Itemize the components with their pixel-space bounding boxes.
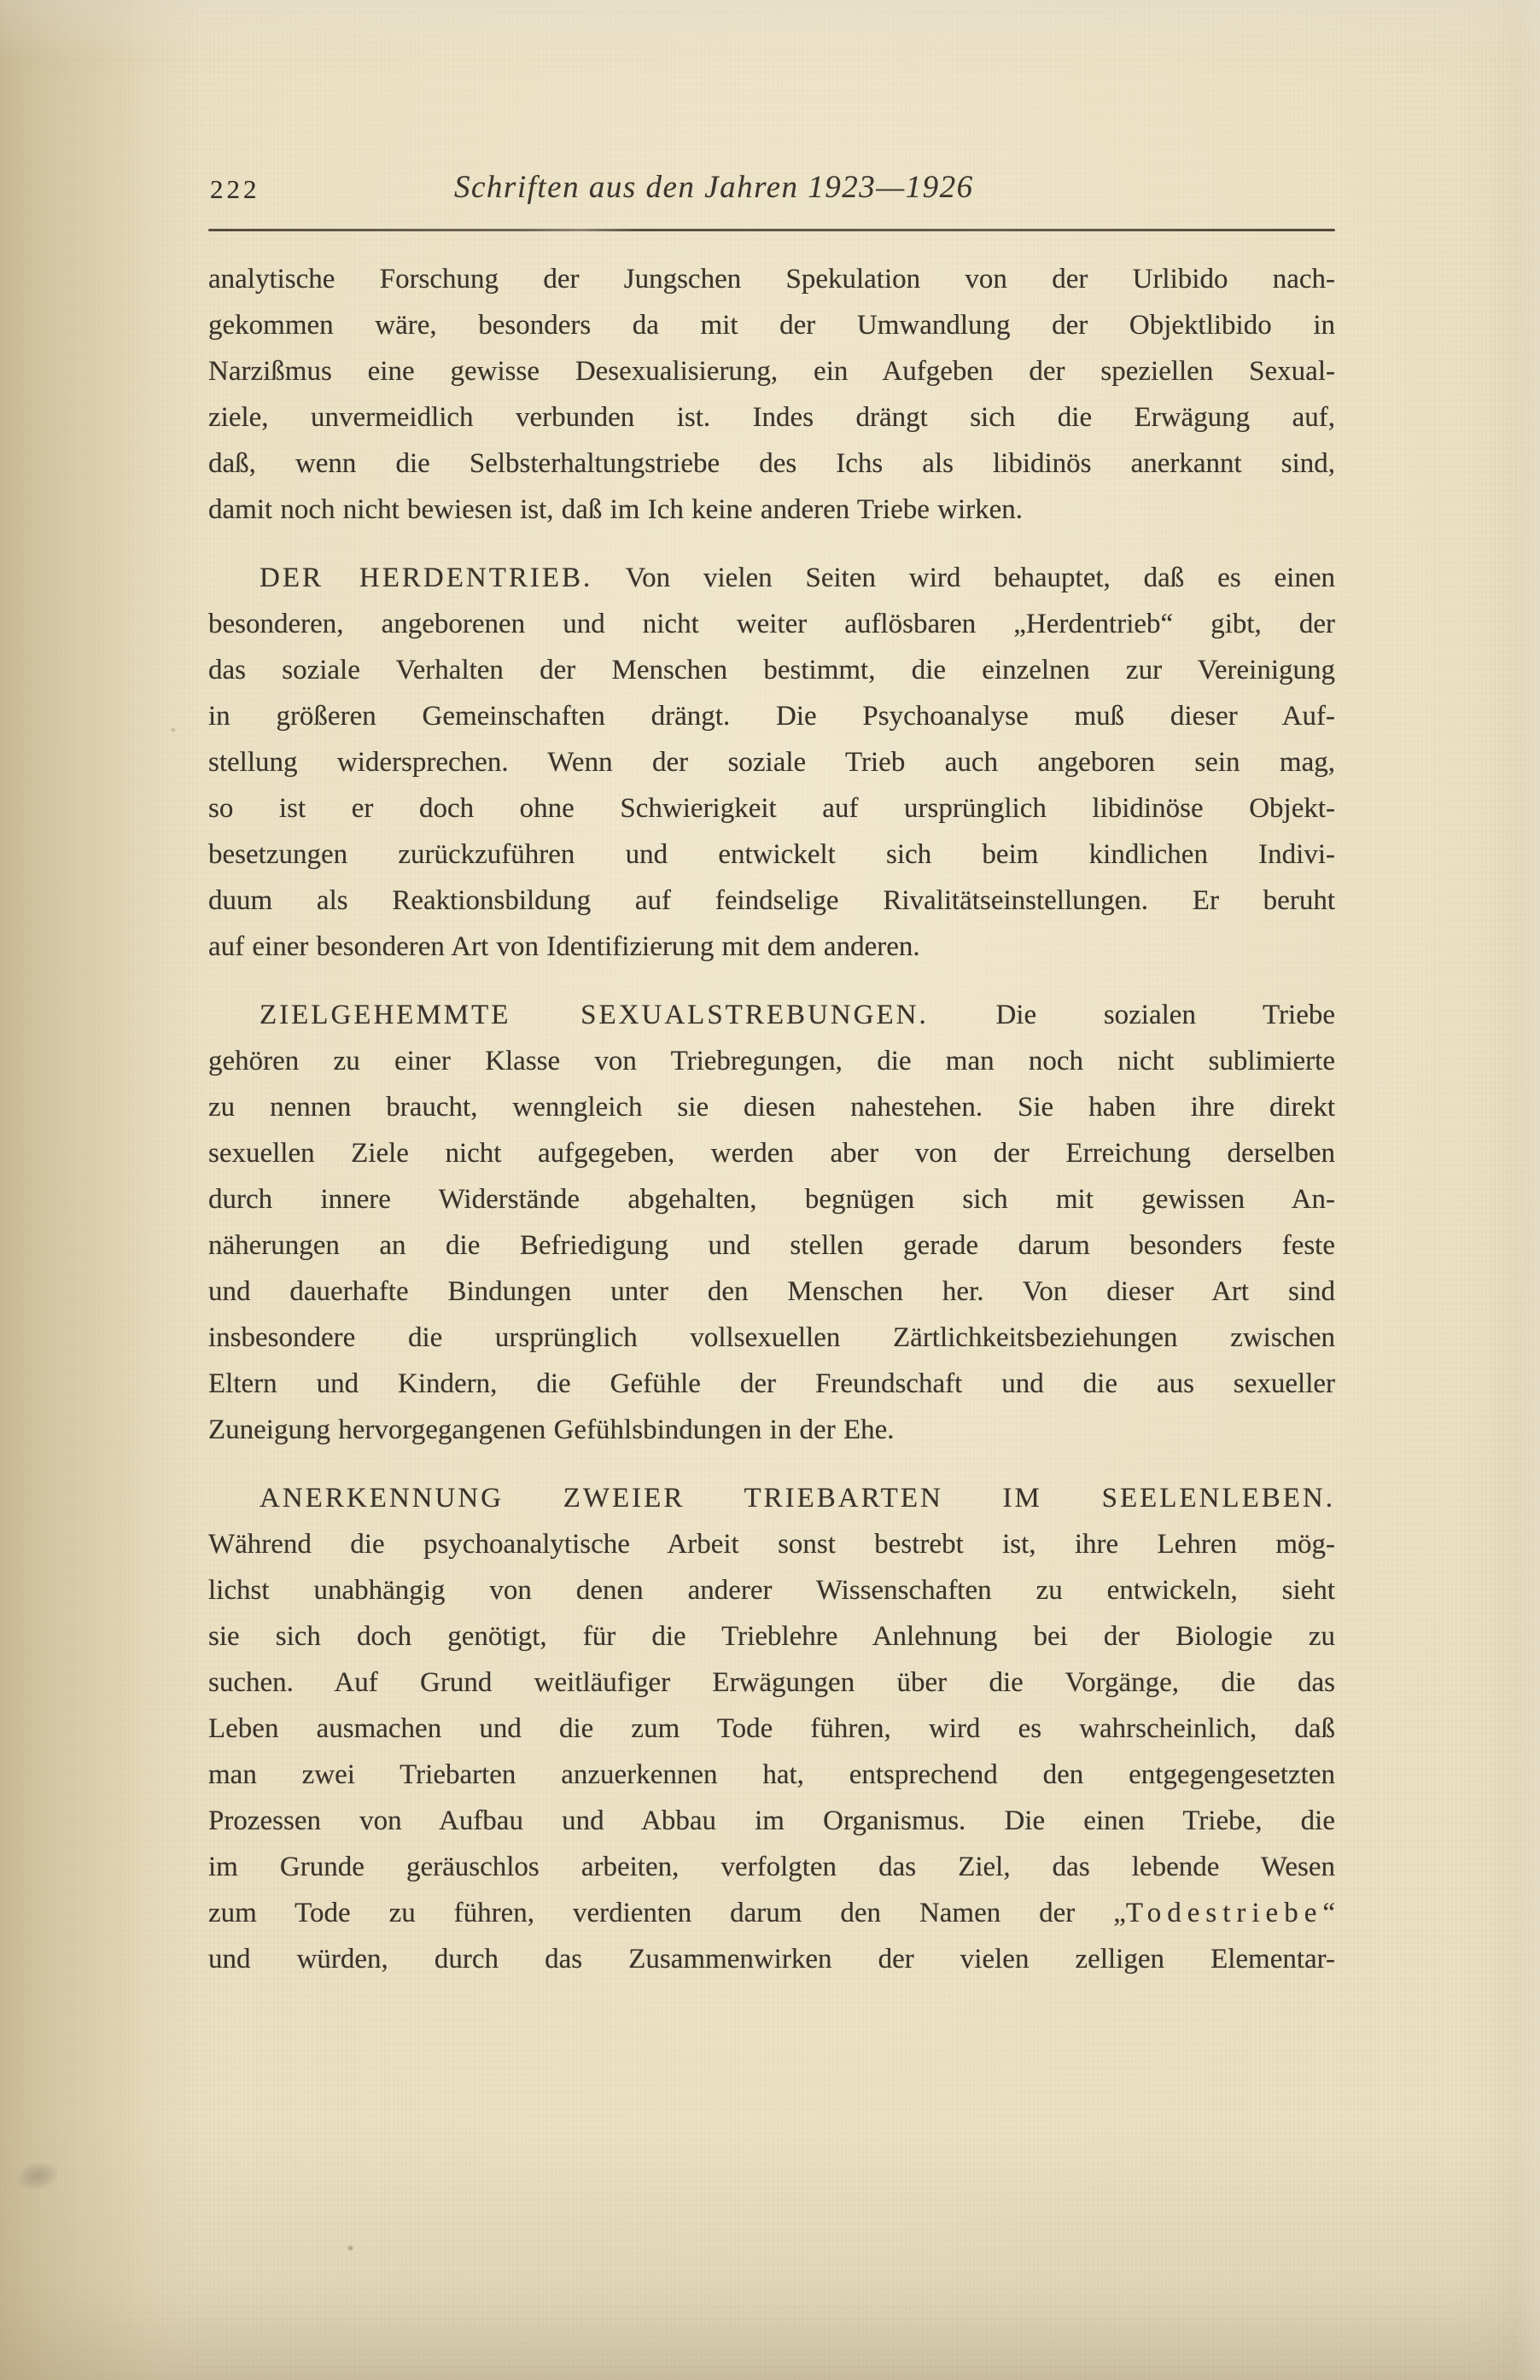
paragraph: ANERKENNUNG ZWEIER TRIEBARTEN IM SEELENL… [208, 1475, 1335, 1982]
text-run: Zuneigung hervorgegangenen Gefühlsbindun… [208, 1415, 895, 1445]
ink-speck [347, 2245, 354, 2251]
text-line: gekommen wäre, besonders da mit der Umwa… [208, 302, 1335, 348]
text-run: Während die psychoanalytische Arbeit son… [208, 1529, 1335, 1560]
text-run: man zwei Triebarten anzuerkennen hat, en… [208, 1759, 1335, 1790]
text-run: sie sich doch genötigt, für die Triebleh… [208, 1621, 1335, 1652]
text-run: Narzißmus eine gewisse Desexualisierung,… [208, 356, 1335, 387]
text-run: ANERKENNUNG ZWEIER TRIEBARTEN IM SEELENL… [260, 1483, 1335, 1514]
text-run: sexuellen Ziele nicht aufgegeben, werden… [208, 1138, 1335, 1169]
text-line: Leben ausmachen und die zum Tode führen,… [208, 1706, 1335, 1752]
text-line: daß, wenn die Selbsterhaltungstriebe des… [208, 440, 1335, 487]
book-page-scan: 222 Schriften aus den Jahren 1923—1926 a… [0, 0, 1540, 2380]
text-line: ziele, unvermeidlich verbunden ist. Inde… [208, 394, 1335, 440]
text-run: damit noch nicht bewiesen ist, daß im Ic… [208, 494, 1023, 525]
text-line: zu nennen braucht, wenngleich sie diesen… [208, 1084, 1335, 1130]
text-run: insbesondere die ursprünglich vollsexuel… [208, 1322, 1335, 1353]
body-text: analytische Forschung der Jungschen Spek… [208, 256, 1335, 2004]
text-line: stellung widersprechen. Wenn der soziale… [208, 739, 1335, 785]
text-line: DER HERDENTRIEB. Von vielen Seiten wird … [208, 555, 1335, 601]
text-run: Prozessen von Aufbau und Abbau im Organi… [208, 1805, 1335, 1836]
text-line: lichst unabhängig von denen anderer Wiss… [208, 1567, 1335, 1613]
text-line: gehören zu einer Klasse von Triebregunge… [208, 1038, 1335, 1084]
text-run: duum als Reaktionsbildung auf feindselig… [208, 885, 1335, 916]
running-head-title: Schriften aus den Jahren 1923—1926 [454, 169, 966, 206]
text-line: analytische Forschung der Jungschen Spek… [208, 256, 1335, 302]
text-line: Zuneigung hervorgegangenen Gefühlsbindun… [208, 1407, 1335, 1453]
text-run: DER HERDENTRIEB. [260, 563, 592, 593]
text-line: zum Tode zu führen, verdienten darum den… [208, 1890, 1335, 1936]
text-run: Leben ausmachen und die zum Tode führen,… [208, 1713, 1335, 1744]
text-line: sie sich doch genötigt, für die Triebleh… [208, 1613, 1335, 1660]
text-line: ANERKENNUNG ZWEIER TRIEBARTEN IM SEELENL… [208, 1475, 1335, 1521]
text-line: und dauerhafte Bindungen unter den Mensc… [208, 1269, 1335, 1315]
text-run: Todestriebe [1126, 1898, 1322, 1928]
text-run: Von vielen Seiten wird behauptet, daß es… [592, 563, 1335, 593]
paragraph: analytische Forschung der Jungschen Spek… [208, 256, 1335, 533]
text-line: insbesondere die ursprünglich vollsexuel… [208, 1315, 1335, 1361]
text-run: auf einer besonderen Art von Identifizie… [208, 931, 920, 962]
text-run: analytische Forschung der Jungschen Spek… [208, 264, 1335, 295]
text-line: sexuellen Ziele nicht aufgegeben, werden… [208, 1130, 1335, 1176]
text-line: besetzungen zurückzuführen und entwickel… [208, 831, 1335, 878]
text-run: Eltern und Kindern, die Gefühle der Freu… [208, 1368, 1335, 1399]
text-run: gekommen wäre, besonders da mit der Umwa… [208, 310, 1335, 341]
page-number: 222 [210, 174, 260, 205]
paragraph: DER HERDENTRIEB. Von vielen Seiten wird … [208, 555, 1335, 970]
text-line: im Grunde geräuschlos arbeiten, verfolgt… [208, 1844, 1335, 1890]
text-line: Während die psychoanalytische Arbeit son… [208, 1521, 1335, 1567]
text-run: näherungen an die Befriedigung und stell… [208, 1230, 1335, 1261]
text-run: besetzungen zurückzuführen und entwickel… [208, 839, 1335, 870]
text-run: ZIELGEHEMMTE SEXUALSTREBUNGEN. [260, 1000, 929, 1030]
text-run: zum Tode zu führen, verdienten darum den… [208, 1898, 1126, 1928]
text-line: durch innere Widerstände abgehalten, beg… [208, 1176, 1335, 1222]
text-line: besonderen, angeborenen und nicht weiter… [208, 601, 1335, 647]
text-run: und dauerhafte Bindungen unter den Mensc… [208, 1276, 1335, 1307]
text-line: suchen. Auf Grund weitläufiger Erwägunge… [208, 1660, 1335, 1706]
text-run: in größeren Gemeinschaften drängt. Die P… [208, 701, 1335, 732]
text-line: das soziale Verhalten der Menschen besti… [208, 647, 1335, 693]
text-line: so ist er doch ohne Schwierigkeit auf ur… [208, 785, 1335, 831]
text-line: näherungen an die Befriedigung und stell… [208, 1222, 1335, 1269]
text-line: man zwei Triebarten anzuerkennen hat, en… [208, 1752, 1335, 1798]
text-run: stellung widersprechen. Wenn der soziale… [208, 747, 1335, 778]
text-run: zu nennen braucht, wenngleich sie diesen… [208, 1092, 1335, 1123]
text-line: Narzißmus eine gewisse Desexualisierung,… [208, 348, 1335, 394]
text-line: auf einer besonderen Art von Identifizie… [208, 924, 1335, 970]
text-run: gehören zu einer Klasse von Triebregunge… [208, 1046, 1335, 1076]
text-run: Die sozialen Triebe [929, 1000, 1335, 1030]
ink-speck [171, 727, 176, 732]
paragraph: ZIELGEHEMMTE SEXUALSTREBUNGEN. Die sozia… [208, 992, 1335, 1453]
text-run: im Grunde geräuschlos arbeiten, verfolgt… [208, 1852, 1335, 1882]
text-line: in größeren Gemeinschaften drängt. Die P… [208, 693, 1335, 739]
text-run: durch innere Widerstände abgehalten, beg… [208, 1184, 1335, 1215]
text-line: und würden, durch das Zusammenwirken der… [208, 1936, 1335, 1982]
text-line: duum als Reaktionsbildung auf feindselig… [208, 878, 1335, 924]
text-line: Prozessen von Aufbau und Abbau im Organi… [208, 1798, 1335, 1844]
text-line: damit noch nicht bewiesen ist, daß im Ic… [208, 487, 1335, 533]
text-run: besonderen, angeborenen und nicht weiter… [208, 609, 1335, 639]
text-run: ziele, unvermeidlich verbunden ist. Inde… [208, 402, 1335, 433]
text-line: ZIELGEHEMMTE SEXUALSTREBUNGEN. Die sozia… [208, 992, 1335, 1038]
text-run: suchen. Auf Grund weitläufiger Erwägunge… [208, 1667, 1335, 1698]
text-line: Eltern und Kindern, die Gefühle der Freu… [208, 1361, 1335, 1407]
text-run: und würden, durch das Zusammenwirken der… [208, 1944, 1335, 1975]
text-run: lichst unabhängig von denen anderer Wiss… [208, 1575, 1335, 1606]
text-run: das soziale Verhalten der Menschen besti… [208, 655, 1335, 685]
text-run: “ [1322, 1898, 1335, 1928]
header-rule [208, 229, 1335, 231]
text-run: so ist er doch ohne Schwierigkeit auf ur… [208, 793, 1335, 824]
pencil-smudge [13, 2157, 62, 2195]
text-run: daß, wenn die Selbsterhaltungstriebe des… [208, 448, 1335, 479]
page-header: 222 Schriften aus den Jahren 1923—1926 [208, 169, 1335, 236]
